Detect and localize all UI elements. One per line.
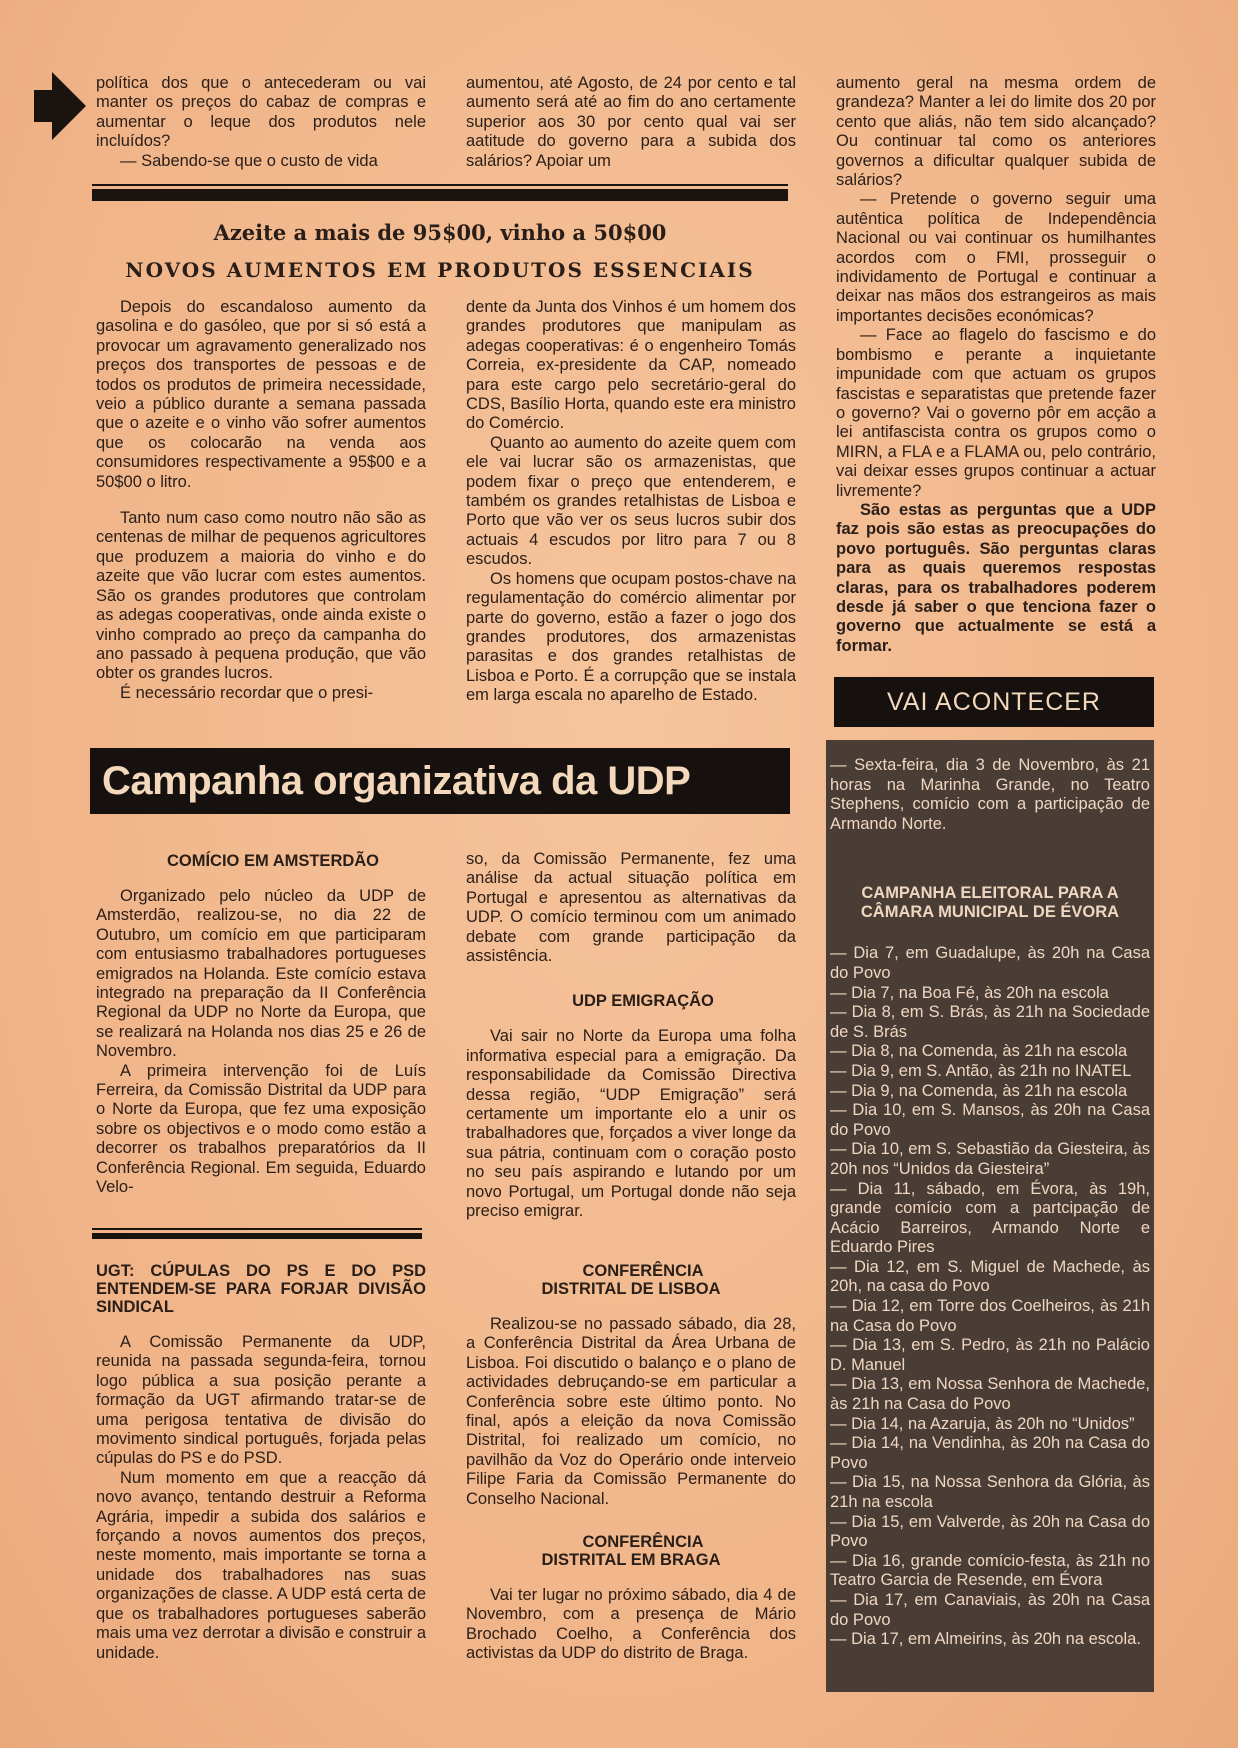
campanha-col-2: so, da Comissão Permanente, fez uma anál…: [466, 850, 796, 1222]
article-headline: NOVOS AUMENTOS EM PRODUTOS ESSENCIAIS: [90, 258, 790, 282]
section-heading: CONFERÊNCIA DISTRITAL EM BRAGA: [466, 1533, 796, 1569]
paragraph: dente da Junta dos Vinhos é um homem dos…: [466, 298, 796, 434]
ugt-col: UGT: CÚPULAS DO PS E DO PSD ENTENDEM-SE …: [96, 1262, 426, 1663]
event-item: — Dia 8, em S. Brás, às 21h na Sociedade…: [830, 1003, 1150, 1042]
section-heading: COMÍCIO EM AMSTERDÃO: [96, 852, 426, 870]
azeite-col-1: Depois do escandaloso aumento da gasolin…: [96, 298, 426, 703]
paragraph: Vai ter lugar no próximo sábado, dia 4 d…: [466, 1586, 796, 1664]
paragraph: so, da Comissão Permanente, fez uma anál…: [466, 850, 796, 966]
event-item: — Dia 7, na Boa Fé, às 20h na escola: [830, 984, 1150, 1004]
article-kicker: Azeite a mais de 95$00, vinho a 50$00: [90, 220, 790, 245]
continuation-arrow-icon: [52, 72, 86, 140]
paragraph: — Face ao flagelo do fascismo e do bombi…: [836, 326, 1156, 501]
divider-thick: [92, 1233, 422, 1239]
section-heading: CONFERÊNCIA DISTRITAL DE LISBOA: [466, 1262, 796, 1298]
event-item: — Dia 13, em Nossa Senhora de Machede, à…: [830, 1375, 1150, 1414]
events-box: — Sexta-feira, dia 3 de Novembro, às 21 …: [826, 740, 1154, 1692]
event-item: — Dia 8, na Comenda, às 21h na escola: [830, 1042, 1150, 1062]
event-item: — Dia 15, na Nossa Senhora da Glória, às…: [830, 1473, 1150, 1512]
paragraph: Num momento em que a reacção dá novo ava…: [96, 1469, 426, 1663]
conferencias-col: CONFERÊNCIA DISTRITAL DE LISBOA Realizou…: [466, 1262, 796, 1664]
divider-thick: [92, 189, 788, 201]
section-heading: UGT: CÚPULAS DO PS E DO PSD ENTENDEM-SE …: [96, 1262, 426, 1316]
event-item: — Dia 10, em S. Mansos, às 20h na Casa d…: [830, 1101, 1150, 1140]
paragraph: aumentou, até Agosto, de 24 por cento e …: [466, 74, 796, 171]
event-item: — Dia 9, em S. Antão, às 21h no INATEL: [830, 1062, 1150, 1082]
newspaper-page: política dos que o antecederam ou vai ma…: [0, 0, 1238, 1748]
event-item: — Dia 11, sábado, em Évora, às 19h, gran…: [830, 1180, 1150, 1258]
azeite-col-2: dente da Junta dos Vinhos é um homem dos…: [466, 298, 796, 706]
event-item: — Dia 7, em Guadalupe, às 20h na Casa do…: [830, 944, 1150, 983]
event-item: — Dia 13, em S. Pedro, às 21h no Palácio…: [830, 1336, 1150, 1375]
paragraph: — Pretende o governo seguir uma autêntic…: [836, 190, 1156, 326]
paragraph: A Comissão Permanente da UDP, reunida na…: [96, 1333, 426, 1469]
section-heading: UDP EMIGRAÇÃO: [466, 992, 796, 1010]
event-item: — Dia 17, em Almeirins, às 20h na escola…: [830, 1630, 1150, 1650]
paragraph: política dos que o antecederam ou vai ma…: [96, 74, 426, 152]
event-item: — Dia 16, grande comício-festa, às 21h n…: [830, 1552, 1150, 1591]
event-item: — Dia 10, em S. Sebastião da Giesteira, …: [830, 1140, 1150, 1179]
paragraph: A primeira intervenção foi de Luís Ferre…: [96, 1062, 426, 1198]
top-col-1: política dos que o antecederam ou vai ma…: [96, 74, 426, 171]
divider: [92, 184, 788, 186]
event-item: — Dia 12, em Torre dos Coelheiros, às 21…: [830, 1297, 1150, 1336]
event-item: — Dia 17, em Canaviais, às 20h na Casa d…: [830, 1591, 1150, 1630]
paragraph: Os homens que ocupam postos-chave na reg…: [466, 570, 796, 706]
event-item: — Dia 14, na Azaruja, às 20h no “Unidos”: [830, 1415, 1150, 1435]
campanha-col-1: COMÍCIO EM AMSTERDÃO Organizado pelo núc…: [96, 852, 426, 1198]
paragraph: É necessário recordar que o presi-: [96, 684, 426, 703]
events-list: — Dia 7, em Guadalupe, às 20h na Casa do…: [830, 944, 1150, 1649]
top-col-2: aumentou, até Agosto, de 24 por cento e …: [466, 74, 796, 171]
top-col-3: aumento geral na mesma ordem de grandeza…: [836, 74, 1156, 656]
paragraph: aumento geral na mesma ordem de grandeza…: [836, 74, 1156, 190]
paragraph: Depois do escandaloso aumento da gasolin…: [96, 298, 426, 492]
divider: [92, 1228, 422, 1230]
event-item: — Dia 15, em Valverde, às 20h na Casa do…: [830, 1513, 1150, 1552]
paragraph-bold: São estas as perguntas que a UDP faz poi…: [836, 501, 1156, 656]
paragraph: — Sabendo-se que o custo de vida: [96, 152, 426, 171]
event-item: — Dia 12, em S. Miguel de Machede, às 20…: [830, 1258, 1150, 1297]
campanha-banner: Campanha organizativa da UDP: [90, 748, 790, 814]
events-heading: CAMPANHA ELEITORAL PARA A CÂMARA MUNICIP…: [830, 884, 1150, 922]
paragraph: Realizou-se no passado sábado, dia 28, a…: [466, 1315, 796, 1509]
paragraph: Vai sair no Norte da Europa uma folha in…: [466, 1027, 796, 1221]
event-intro: — Sexta-feira, dia 3 de Novembro, às 21 …: [830, 756, 1150, 834]
vai-acontecer-title: VAI ACONTECER: [834, 677, 1154, 727]
paragraph: Tanto num caso como noutro não são as ce…: [96, 509, 426, 684]
paragraph: Quanto ao aumento do azeite quem com ele…: [466, 434, 796, 570]
event-item: — Dia 14, na Vendinha, às 20h na Casa do…: [830, 1434, 1150, 1473]
paragraph: Organizado pelo núcleo da UDP de Amsterd…: [96, 887, 426, 1062]
event-item: — Dia 9, na Comenda, às 21h na escola: [830, 1082, 1150, 1102]
